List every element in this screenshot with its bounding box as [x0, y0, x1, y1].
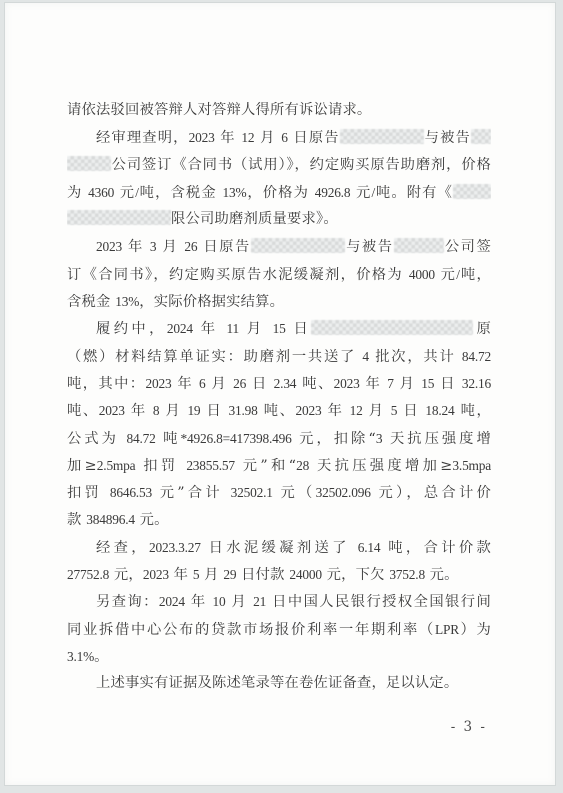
cjk-text: 吨，其中： [67, 376, 145, 392]
cjk-text: 天抗压强度增加≥ [309, 458, 452, 474]
cjk-text: 公式为 [67, 431, 126, 447]
redaction-block [251, 238, 345, 253]
cjk-text: 日 [286, 321, 312, 337]
numeric-text: 32.16 [462, 376, 491, 391]
cjk-text: 月 [394, 376, 422, 392]
cjk-text: 年 [171, 376, 199, 392]
cjk-text: 元。 [135, 512, 169, 528]
cjk-text: 月 [206, 376, 234, 392]
document-line: 加≥2.5mpa 扣罚 23855.57 元”和“28 天抗压强度增加≥3.5m… [67, 452, 491, 479]
cjk-text: 吨、 [296, 376, 333, 392]
document-line: 3.1%。 [67, 643, 491, 670]
redaction-block [453, 184, 491, 199]
cjk-text: 加≥ [67, 458, 97, 474]
cjk-text: 日付款 [236, 567, 289, 583]
numeric-text: 84.72 [126, 431, 155, 446]
document-line: 限公司助磨剂质量要求》。 [67, 206, 491, 233]
document-line: 为 4360 元/吨，含税金 13%，价格为 4926.8 元/吨。附有《 [67, 179, 491, 206]
cjk-text: 日水泥缓凝剂送了 [201, 540, 358, 556]
numeric-text: 3.1% [67, 649, 94, 664]
cjk-text: 日原告 [288, 130, 340, 146]
cjk-text: 履约中， [96, 321, 167, 337]
cjk-text: 年 [322, 403, 350, 419]
cjk-text: 限公司助磨剂质量要求》。 [171, 211, 338, 227]
cjk-text: 元。 [425, 567, 459, 583]
cjk-text: 为 [67, 185, 88, 201]
cjk-text: 日 [246, 376, 274, 392]
cjk-text: 与被告 [424, 130, 471, 146]
cjk-text: 日 [434, 376, 462, 392]
cjk-text: 元（ [273, 485, 316, 501]
numeric-text: 2023 [145, 376, 171, 391]
numeric-text: 15 [273, 321, 286, 336]
numeric-text: 2023 [334, 376, 360, 391]
cjk-text: 月 [199, 567, 223, 583]
numeric-text: 4000 [409, 267, 435, 282]
document-line: 订《合同书》，约定购买原告水泥缓凝剂，价格为 4000 元/吨， [67, 261, 491, 288]
numeric-text: 2023 [189, 130, 215, 145]
redaction-block [394, 238, 444, 253]
document-line: 款 384896.4 元。 [67, 506, 491, 533]
numeric-text: 2023 [143, 567, 169, 582]
cjk-text: 日中国人民银行授权全国银行间 [266, 594, 491, 610]
cjk-text: 月 [159, 403, 187, 419]
cjk-text: 上述事实有证据及陈述笔录等在卷佐证备查，足以认定。 [96, 675, 458, 691]
cjk-text: 吨，含税金 [139, 185, 223, 201]
cjk-text: ，实际价格据实结算。 [139, 294, 284, 310]
cjk-text: 元”和“ [235, 458, 296, 474]
cjk-text: 吨，合计价款 [380, 540, 491, 556]
cjk-text: 扣罚 [135, 458, 186, 474]
cjk-text: 请依法驳回被答辩人对答辩人得所有诉讼请求。 [67, 102, 371, 118]
numeric-text: 29 [223, 567, 236, 582]
document-line: 吨，其中：2023 年 6 月 26 日 2.34 吨、2023 年 7 月 1… [67, 370, 491, 397]
numeric-text: 8646.53 [110, 485, 152, 500]
document-line: 2023 年 3 月 26 日原告与被告公司签 [67, 233, 491, 260]
numeric-text: 19 [187, 403, 200, 418]
redaction-block [67, 156, 111, 171]
numeric-text: 12 [350, 403, 363, 418]
numeric-text: 6.14 [358, 540, 381, 555]
redaction-block [311, 320, 473, 335]
numeric-text: 4926.8 [315, 185, 351, 200]
document-line: 经审理查明，2023 年 12 月 6 日原告与被告 [67, 124, 491, 151]
numeric-text: 21 [253, 594, 266, 609]
numeric-text: *4926.8=417398.496 [181, 431, 292, 446]
document-line: 经查，2023.3.27 日水泥缓凝剂送了 6.14 吨，合计价款 [67, 534, 491, 561]
numeric-text: 12 [241, 130, 254, 145]
numeric-text: 2024 [159, 594, 185, 609]
cjk-text: 月 [254, 130, 281, 146]
cjk-text: 吨、 [258, 403, 296, 419]
document-line: 公式为 84.72 吨*4926.8=417398.496 元，扣除“3 天抗压… [67, 425, 491, 452]
numeric-text: LPR [435, 622, 459, 637]
cjk-text: 经审理查明， [96, 130, 189, 146]
cjk-text: 年 [360, 376, 388, 392]
cjk-text: 同业拆借中心公布的贷款市场报价利率一年期利率（ [67, 622, 435, 638]
document-line: 27752.8 元，2023 年 5 月 29 日付款 24000 元，下欠 3… [67, 561, 491, 588]
cjk-text: 与被告 [345, 239, 394, 255]
numeric-text: 23855.57 [186, 458, 235, 473]
document-line: 另查询：2024 年 10 月 21 日中国人民银行授权全国银行间 [67, 588, 491, 615]
cjk-text: 月 [239, 321, 273, 337]
numeric-text: 4360 [88, 185, 114, 200]
cjk-text: 日原告 [197, 239, 250, 255]
document-line: 公司签订《合同书（试用）》，约定购买原告助磨剂，价格 [67, 152, 491, 179]
cjk-text: 含税金 [67, 294, 115, 310]
cjk-text: 年 [169, 567, 193, 583]
cjk-text: 元”合计 [152, 485, 231, 501]
document-line: 吨、2023 年 8 月 19 日 31.98 吨、2023 年 12 月 5 … [67, 397, 491, 424]
cjk-text: 元，下欠 [322, 567, 389, 583]
cjk-text: 。 [94, 649, 109, 665]
cjk-text: 吨、 [67, 403, 99, 419]
cjk-text: （燃）材料结算单证实：助磨剂一共送了 [67, 349, 362, 365]
cjk-text: 公司签 [444, 239, 491, 255]
cjk-text: 吨。附有《 [375, 185, 453, 201]
numeric-text: 32502.096 [316, 485, 371, 500]
redaction-block [67, 210, 171, 225]
cjk-text: 订《合同书》，约定购买原告水泥缓凝剂，价格为 [67, 267, 409, 283]
cjk-text: 经查， [96, 540, 149, 556]
cjk-text: 另查询： [96, 594, 159, 610]
numeric-text: 32502.1 [231, 485, 273, 500]
numeric-text: 31.98 [229, 403, 258, 418]
numeric-text: 15 [421, 376, 434, 391]
numeric-text: 2023 [99, 403, 125, 418]
numeric-text: 11 [226, 321, 239, 336]
numeric-text: 26 [184, 239, 197, 254]
document-line: 同业拆借中心公布的贷款市场报价利率一年期利率（LPR）为 [67, 616, 491, 643]
cjk-text: 日 [200, 403, 228, 419]
page-number: - 3 - [451, 719, 487, 735]
cjk-text: 公司签订《合同书（试用）》，约定购买原告助磨剂，价格 [111, 157, 491, 173]
document-line: 扣罚 8646.53 元”合计 32502.1 元（32502.096 元），总… [67, 479, 491, 506]
cjk-text: 元 [435, 267, 456, 283]
numeric-text: 2024 [167, 321, 193, 336]
cjk-text: ）为 [459, 622, 491, 638]
numeric-text: 18.24 [425, 403, 454, 418]
document-line: （燃）材料结算单证实：助磨剂一共送了 4 批次，共计 84.72 [67, 343, 491, 370]
cjk-text: 元 [350, 185, 371, 201]
cjk-text: ，价格为 [246, 185, 314, 201]
cjk-text: 元），总合计价 [371, 485, 491, 501]
document-line: 请依法驳回被答辩人对答辩人得所有诉讼请求。 [67, 97, 491, 124]
numeric-text: 2023 [96, 239, 122, 254]
numeric-text: 2023.3.27 [149, 540, 201, 555]
cjk-text: 年 [215, 130, 242, 146]
cjk-text: 原 [473, 321, 491, 337]
cjk-text: 月 [226, 594, 254, 610]
numeric-text: 3.5mpa [452, 458, 491, 473]
document-line: 上述事实有证据及陈述笔录等在卷佐证备查，足以认定。 [67, 670, 491, 697]
cjk-text: 吨， [455, 403, 491, 419]
numeric-text: 28 [296, 458, 309, 473]
numeric-text: 13% [222, 185, 246, 200]
cjk-text: 月 [156, 239, 184, 255]
cjk-text: 款 [67, 512, 86, 528]
cjk-text: 吨 [156, 431, 181, 447]
cjk-text: 日 [397, 403, 425, 419]
cjk-text: 年 [193, 321, 227, 337]
numeric-text: 13% [115, 294, 139, 309]
document-line: 履约中，2024 年 11 月 15 日原 [67, 315, 491, 342]
scanned-document-page: 请依法驳回被答辩人对答辩人得所有诉讼请求。经审理查明，2023 年 12 月 6… [4, 2, 556, 786]
document-text: 请依法驳回被答辩人对答辩人得所有诉讼请求。经审理查明，2023 年 12 月 6… [67, 97, 491, 698]
cjk-text: 年 [185, 594, 213, 610]
cjk-text: 元，扣除“ [292, 431, 376, 447]
numeric-text: 84.72 [462, 349, 491, 364]
cjk-text: 天抗压强度增 [382, 431, 491, 447]
cjk-text: 元 [114, 185, 135, 201]
cjk-text: 批次，共计 [369, 349, 462, 365]
redaction-block [340, 129, 424, 144]
cjk-text: 年 [125, 403, 153, 419]
numeric-text: 384896.4 [86, 512, 135, 527]
numeric-text: 2023 [296, 403, 322, 418]
numeric-text: 10 [213, 594, 226, 609]
numeric-text: 2.34 [274, 376, 297, 391]
cjk-text: 扣罚 [67, 485, 110, 501]
cjk-text: 元， [109, 567, 143, 583]
cjk-text: 年 [122, 239, 150, 255]
numeric-text: 24000 [289, 567, 321, 582]
redaction-block [471, 129, 491, 144]
numeric-text: 27752.8 [67, 567, 109, 582]
cjk-text: 吨， [460, 267, 491, 283]
numeric-text: 3752.8 [389, 567, 425, 582]
cjk-text: 月 [363, 403, 391, 419]
numeric-text: 2.5mpa [97, 458, 136, 473]
numeric-text: 26 [233, 376, 246, 391]
document-line: 含税金 13%，实际价格据实结算。 [67, 288, 491, 315]
